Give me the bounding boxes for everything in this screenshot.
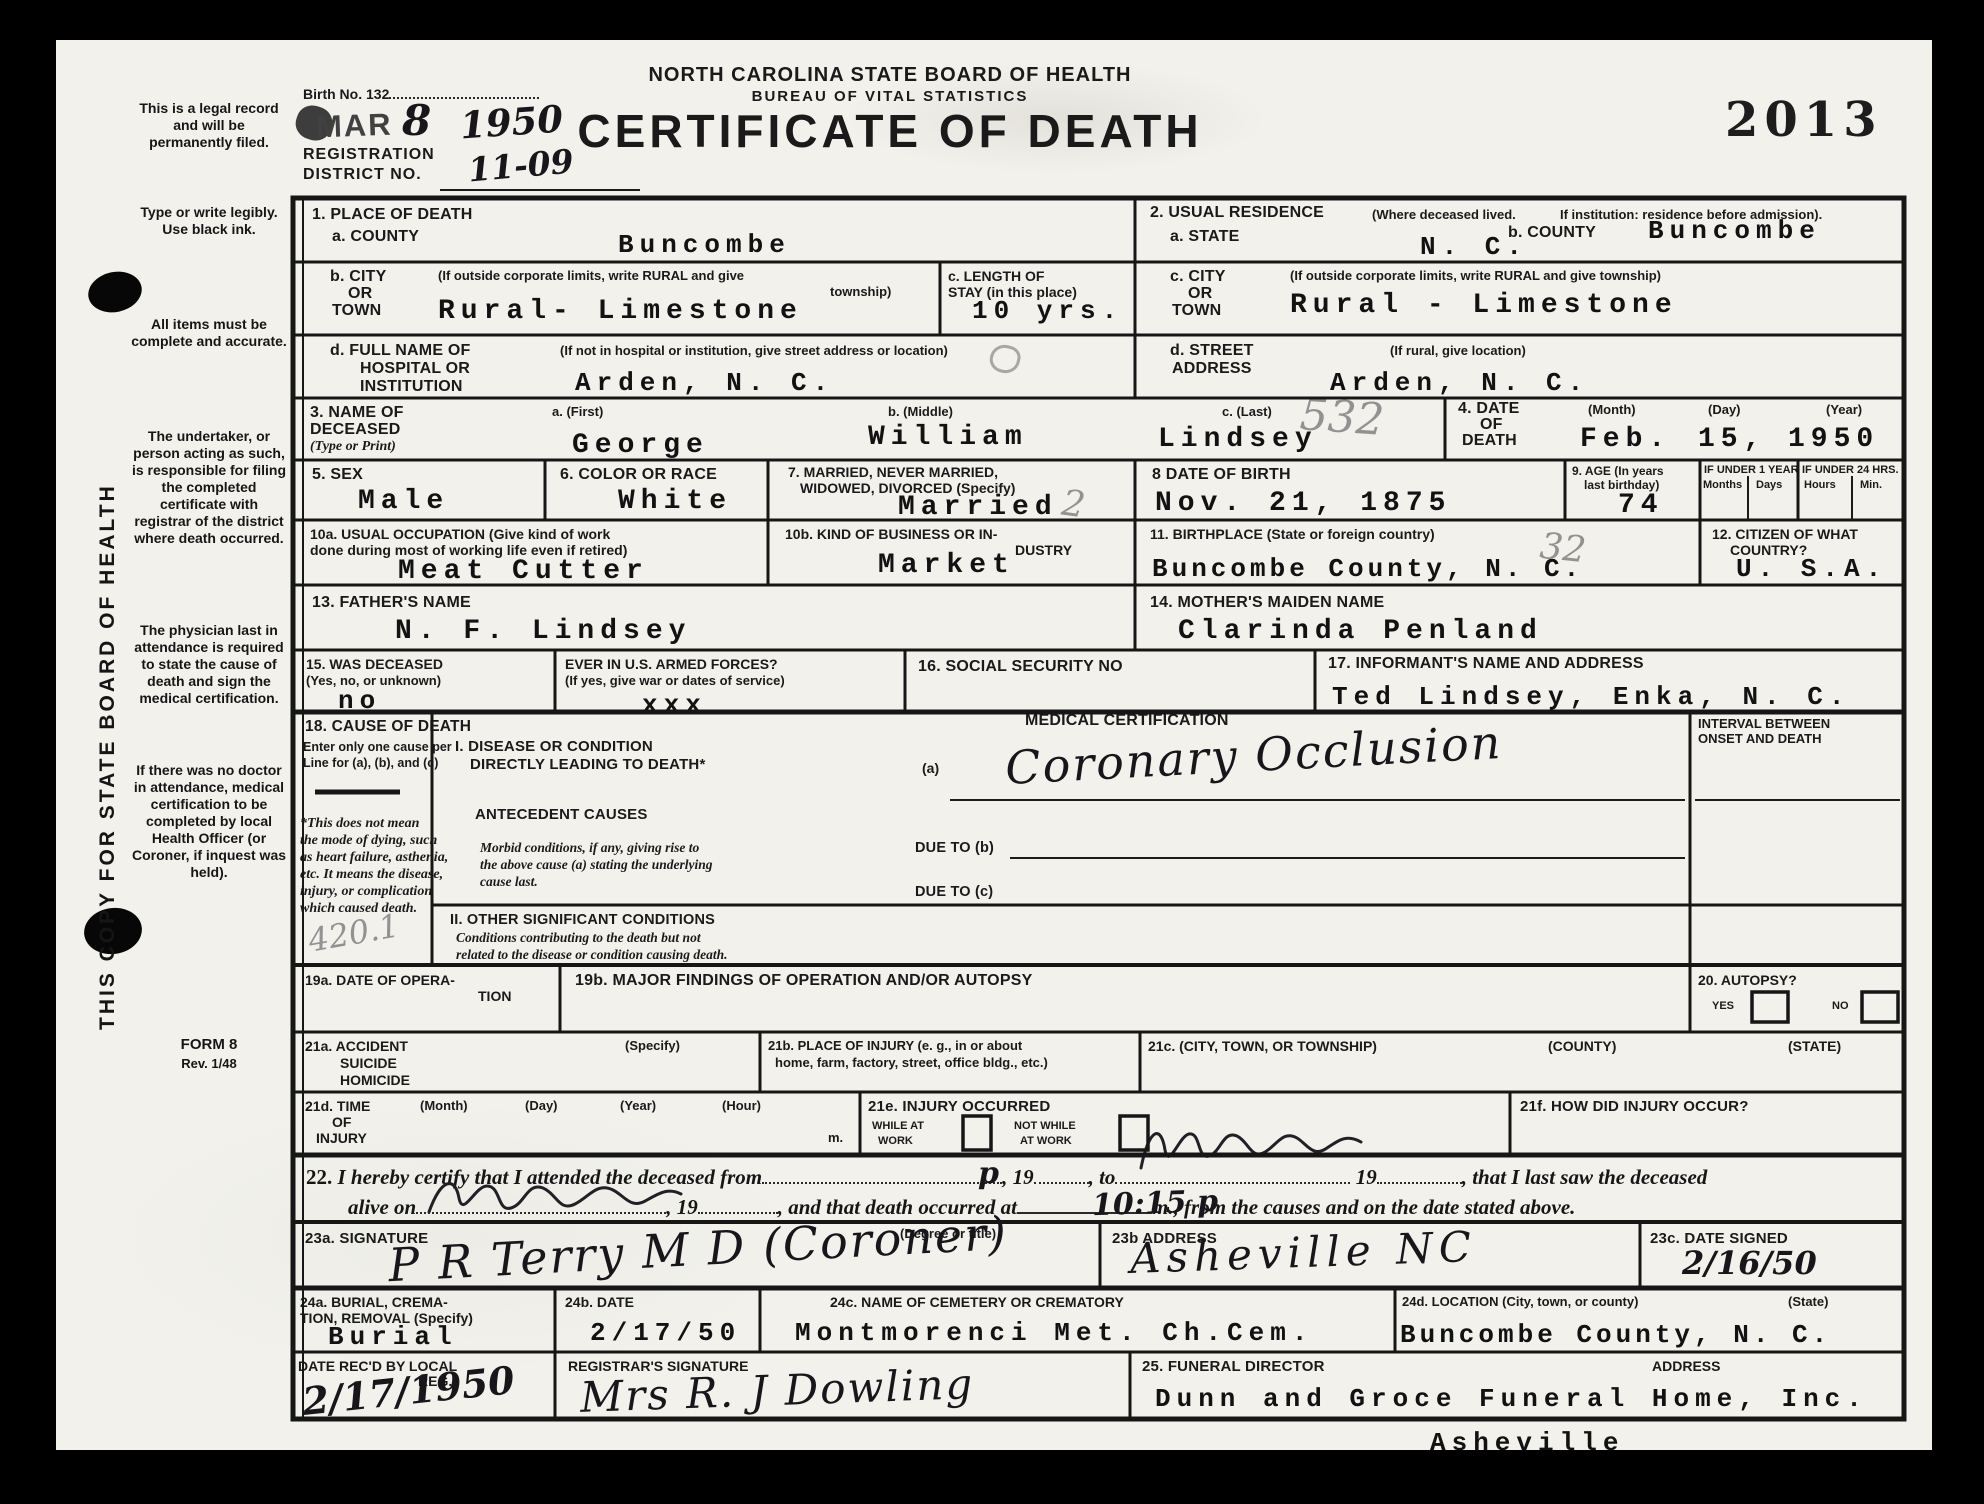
form-grid bbox=[0, 0, 1984, 1504]
scanned-death-certificate: { "colors": { "paper": "#f2f1ec", "ink":… bbox=[0, 0, 1984, 1504]
scan-border-right bbox=[1932, 0, 1984, 1504]
scan-border-left bbox=[0, 0, 56, 1504]
scan-border-top bbox=[0, 0, 1984, 40]
scan-border-bottom bbox=[0, 1450, 1984, 1504]
